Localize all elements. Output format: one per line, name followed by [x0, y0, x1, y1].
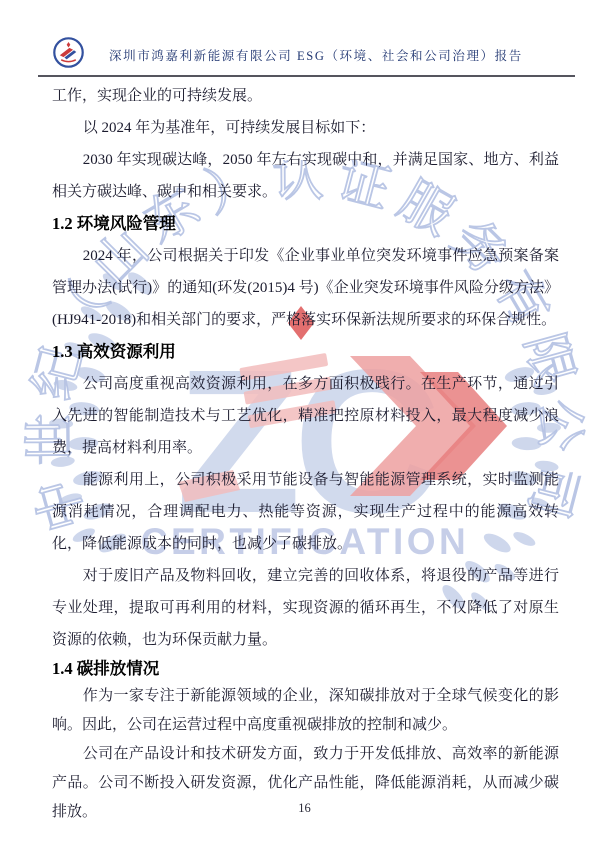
report-body: 工作，实现企业的可持续发展。 以 2024 年为基准年，可持续发展目标如下： 2… — [52, 80, 559, 827]
paragraph: 对于废旧产品及物料回收，建立完善的回收体系，将退役的产品等进行专业处理，提取可再… — [52, 560, 559, 656]
section-1-2: 1.2 环境风险管理 2024 年，公司根据关于印发《企业事业单位突发环境事件应… — [52, 210, 559, 336]
page-number: 16 — [0, 801, 609, 816]
paragraph: 以 2024 年为基准年，可持续发展目标如下： — [52, 112, 559, 144]
section-1-3: 1.3 高效资源利用 公司高度重视高效资源利用，在多方面积极践行。在生产环节，通… — [52, 338, 559, 656]
paragraph: 2024 年，公司根据关于印发《企业事业单位突发环境事件应急预案备案管理办法(试… — [52, 240, 559, 336]
section-heading: 1.2 环境风险管理 — [52, 210, 559, 238]
company-logo-icon — [52, 36, 85, 69]
paragraph: 工作，实现企业的可持续发展。 — [52, 80, 559, 112]
paragraph: 公司高度重视高效资源利用，在多方面积极践行。在生产环节，通过引入先进的智能制造技… — [52, 368, 559, 464]
section-continuation: 工作，实现企业的可持续发展。 以 2024 年为基准年，可持续发展目标如下： 2… — [52, 80, 559, 208]
page-header: 深圳市鸿嘉利新能源有限公司 ESG（环境、社会和公司治理）报告 — [38, 36, 575, 77]
section-heading: 1.4 碳排放情况 — [52, 656, 559, 682]
report-title: 深圳市鸿嘉利新能源有限公司 ESG（环境、社会和公司治理）报告 — [109, 46, 523, 64]
document-page: ZC 中世纪（山东）认证服务有限公司 CERTIFICATION — [0, 0, 609, 861]
paragraph: 2030 年实现碳达峰，2050 年左右实现碳中和，并满足国家、地方、利益相关方… — [52, 144, 559, 208]
paragraph: 作为一家专注于新能源领域的企业，深知碳排放对于全球气候变化的影响。因此，公司在运… — [52, 682, 559, 740]
paragraph: 能源利用上，公司积极采用节能设备与智能能源管理系统，实时监测能源消耗情况，合理调… — [52, 464, 559, 560]
section-heading: 1.3 高效资源利用 — [52, 338, 559, 366]
header-divider — [38, 75, 575, 77]
